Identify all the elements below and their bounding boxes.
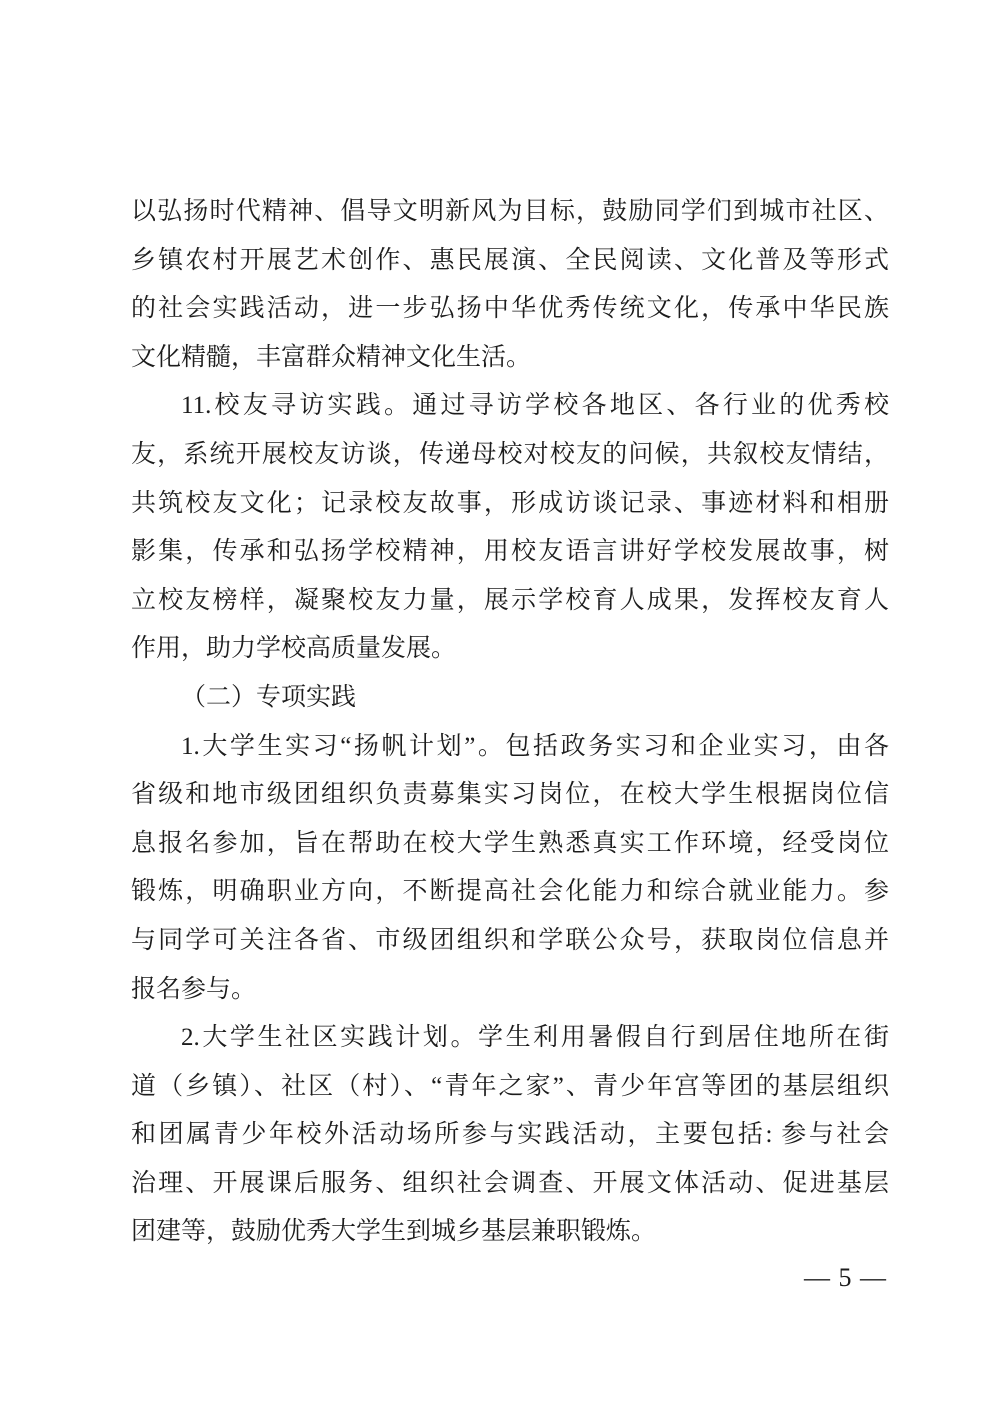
document-page: 以弘扬时代精神、倡导文明新风为目标，鼓励同学们到城市社区、乡镇农村开展艺术创作、…: [0, 0, 999, 1414]
text-line: 立校友榜样，凝聚校友力量，展示学校育人成果，发挥校友育人: [131, 577, 889, 626]
text-line: 以弘扬时代精神、倡导文明新风为目标，鼓励同学们到城市社区、: [131, 188, 889, 237]
text-line: 共筑校友文化；记录校友故事，形成访谈记录、事迹材料和相册: [131, 480, 889, 529]
text-line: 锻炼，明确职业方向，不断提高社会化能力和综合就业能力。参: [131, 868, 889, 917]
text-line: 团建等，鼓励优秀大学生到城乡基层兼职锻炼。: [131, 1208, 889, 1257]
text-line: 11.校友寻访实践。通过寻访学校各地区、各行业的优秀校: [131, 382, 889, 431]
text-line: 的社会实践活动，进一步弘扬中华优秀传统文化，传承中华民族: [131, 285, 889, 334]
text-line: 作用，助力学校高质量发展。: [131, 625, 889, 674]
section-heading: （二）专项实践: [131, 674, 889, 723]
text-line: 与同学可关注各省、市级团组织和学联公众号，获取岗位信息并: [131, 917, 889, 966]
paragraph: 11.校友寻访实践。通过寻访学校各地区、各行业的优秀校友，系统开展校友访谈，传递…: [131, 382, 889, 674]
paragraph: 1.大学生实习“扬帆计划”。包括政务实习和企业实习，由各省级和地市级团组织负责募…: [131, 723, 889, 1015]
text-line: 治理、开展课后服务、组织社会调查、开展文体活动、促进基层: [131, 1160, 889, 1209]
text-line: 和团属青少年校外活动场所参与实践活动，主要包括: 参与社会: [131, 1111, 889, 1160]
document-body: 以弘扬时代精神、倡导文明新风为目标，鼓励同学们到城市社区、乡镇农村开展艺术创作、…: [131, 188, 889, 1257]
heading-line: （二）专项实践: [131, 674, 889, 723]
text-line: 2.大学生社区实践计划。学生利用暑假自行到居住地所在街: [131, 1014, 889, 1063]
text-line: 友，系统开展校友访谈，传递母校对校友的问候，共叙校友情结，: [131, 431, 889, 480]
text-line: 道（乡镇）、社区（村）、“青年之家”、青少年宫等团的基层组织: [131, 1063, 889, 1112]
text-line: 省级和地市级团组织负责募集实习岗位，在校大学生根据岗位信: [131, 771, 889, 820]
text-line: 文化精髓，丰富群众精神文化生活。: [131, 334, 889, 383]
text-line: 1.大学生实习“扬帆计划”。包括政务实习和企业实习，由各: [131, 723, 889, 772]
paragraph: 以弘扬时代精神、倡导文明新风为目标，鼓励同学们到城市社区、乡镇农村开展艺术创作、…: [131, 188, 889, 382]
text-line: 息报名参加，旨在帮助在校大学生熟悉真实工作环境，经受岗位: [131, 820, 889, 869]
text-line: 报名参与。: [131, 966, 889, 1015]
page-number: — 5 —: [804, 1261, 887, 1295]
paragraph: 2.大学生社区实践计划。学生利用暑假自行到居住地所在街道（乡镇）、社区（村）、“…: [131, 1014, 889, 1257]
text-line: 影集，传承和弘扬学校精神，用校友语言讲好学校发展故事，树: [131, 528, 889, 577]
text-line: 乡镇农村开展艺术创作、惠民展演、全民阅读、文化普及等形式: [131, 237, 889, 286]
